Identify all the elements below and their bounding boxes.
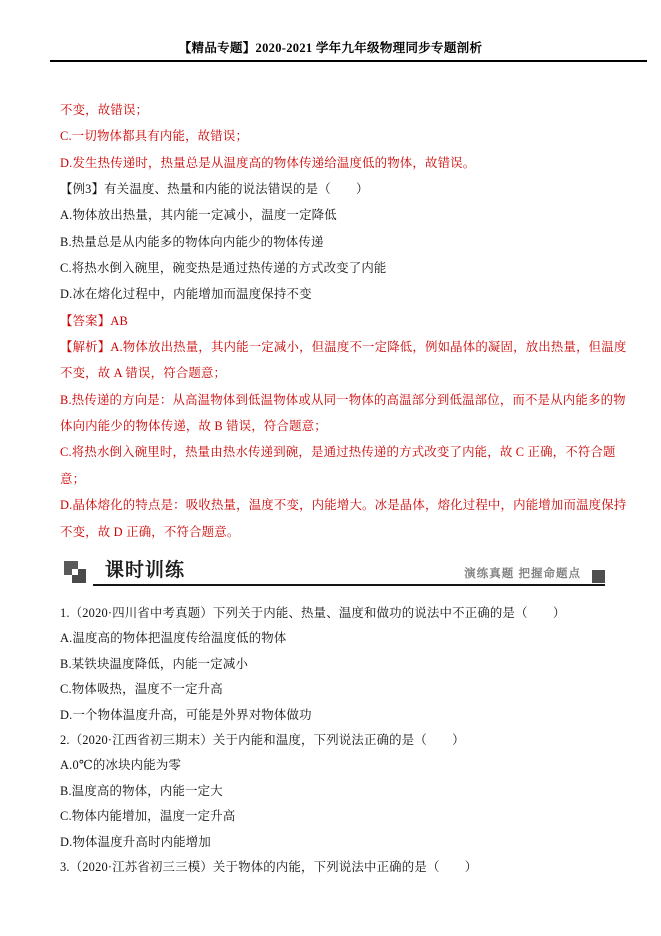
overlapping-squares-icon (64, 561, 86, 583)
banner-underline (93, 584, 605, 586)
text-line: B.某铁块温度降低，内能一定减小 (60, 652, 608, 677)
text-line: C.物体吸热，温度不一定升高 (60, 677, 608, 702)
banner-end-square-icon (592, 570, 605, 583)
text-line: A.物体放出热量，其内能一定减小，温度一定降低 (60, 202, 608, 228)
solution-text-block: 不变，故错误；C.一切物体都具有内能，故错误；D.发生热传递时，热量总是从温度高… (60, 97, 608, 545)
text-line: D.冰在熔化过程中，内能增加而温度保持不变 (60, 281, 608, 307)
text-line: A.0℃的冰块内能为零 (60, 753, 608, 778)
text-line: D.发生热传递时，热量总是从温度高的物体传递给温度低的物体，故错误。 (60, 150, 608, 176)
text-line: 不变，故 D 正确，不符合题意。 (60, 519, 608, 545)
page-header-title: 【精品专题】2020-2021 学年九年级物理同步专题剖析 (0, 38, 661, 56)
text-line: D.物体温度升高时内能增加 (60, 830, 608, 855)
text-line: C.将热水倒入碗里，碗变热是通过热传递的方式改变了内能 (60, 255, 608, 281)
document-page: 【精品专题】2020-2021 学年九年级物理同步专题剖析 不变，故错误；C.一… (0, 0, 661, 936)
section-banner: 课时训练 演练真题 把握命题点 (60, 556, 605, 586)
text-line: 意； (60, 466, 608, 492)
text-line: B.热传递的方向是：从高温物体到低温物体或从同一物体的高温部分到低温部位，而不是… (60, 387, 608, 413)
text-line: B.温度高的物体，内能一定大 (60, 779, 608, 804)
text-line: 体向内能少的物体传递，故 B 错误，符合题意； (60, 413, 608, 439)
text-line: B.热量总是从内能多的物体向内能少的物体传递 (60, 229, 608, 255)
text-line: 不变，故 A 错误，符合题意； (60, 360, 608, 386)
text-line: C.将热水倒入碗里时，热量由热水传递到碗，是通过热传递的方式改变了内能，故 C … (60, 439, 608, 465)
text-line: 【解析】A.物体放出热量，其内能一定减小，但温度不一定降低，例如晶体的凝固，放出… (60, 334, 608, 360)
text-line: A.温度高的物体把温度传给温度低的物体 (60, 626, 608, 651)
text-line: 不变，故错误； (60, 97, 608, 123)
text-line: 【例3】有关温度、热量和内能的说法错误的是（ ） (60, 176, 608, 202)
header-divider (50, 60, 647, 62)
text-line: C.一切物体都具有内能，故错误； (60, 123, 608, 149)
text-line: 2.（2020·江西省初三期末）关于内能和温度，下列说法正确的是（ ） (60, 728, 608, 753)
text-line: D.晶体熔化的特点是：吸收热量，温度不变，内能增大。冰是晶体，熔化过程中，内能增… (60, 492, 608, 518)
text-line: D.一个物体温度升高，可能是外界对物体做功 (60, 703, 608, 728)
banner-title: 课时训练 (105, 555, 185, 582)
text-line: C.物体内能增加，温度一定升高 (60, 804, 608, 829)
text-line: 【答案】AB (60, 308, 608, 334)
banner-tagline: 演练真题 把握命题点 (464, 565, 581, 581)
text-line: 3.（2020·江苏省初三三模）关于物体的内能，下列说法中正确的是（ ） (60, 855, 608, 880)
exercise-text-block: 1.（2020·四川省中考真题）下列关于内能、热量、温度和做功的说法中不正确的是… (60, 601, 608, 880)
text-line: 1.（2020·四川省中考真题）下列关于内能、热量、温度和做功的说法中不正确的是… (60, 601, 608, 626)
